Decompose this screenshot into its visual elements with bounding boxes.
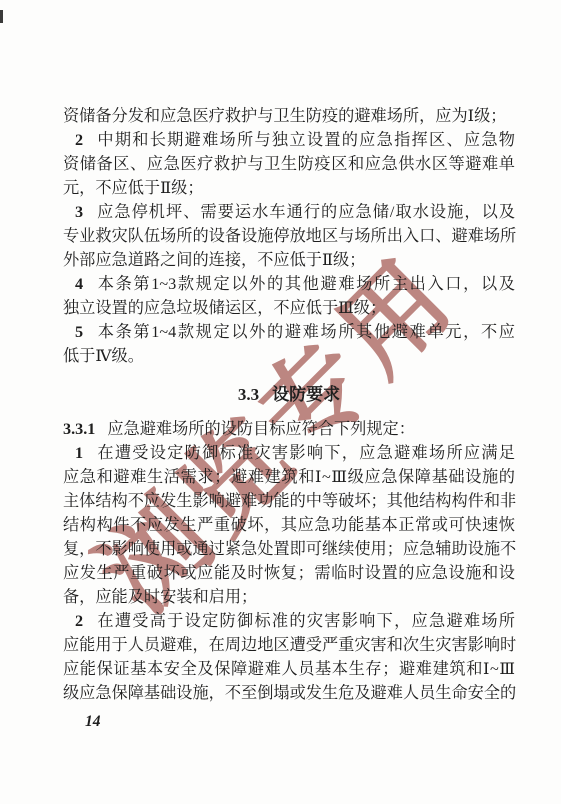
- text-line: 专业救灾队伍场所的设备设施停放地区与场所出入口、避难场所: [63, 224, 515, 248]
- clause-number: 1: [75, 444, 83, 462]
- scan-edge-artifact: [0, 10, 3, 23]
- clause-number: 5: [75, 323, 83, 341]
- line-text: 资储备区、应急医疗救护与卫生防疫区和应急供水区等避难单: [63, 155, 515, 173]
- line-text: 复，不影响使用或通过紧急处置即可继续使用；应急辅助设施不: [63, 540, 516, 558]
- section-number: 3.3: [238, 385, 259, 404]
- text-line: 2中期和长期避难场所与独立设置的应急指挥区、应急物: [63, 128, 515, 152]
- text-line: 应能保证基本安全及保障避难人员基本生存；避难建筑和Ⅰ~Ⅲ: [63, 657, 515, 681]
- text-line: 2在遭受高于设定防御标准的灾害影响下，应急避难场所: [63, 609, 515, 633]
- text-line: 5本条第1~4款规定以外的避难场所其他避难单元，不应: [63, 320, 515, 344]
- line-text: 应急停机坪、需要运水车通行的应急储/取水设施，以及: [96, 203, 515, 221]
- line-text: 应发生严重破坏或应能及时恢复；需临时设置的应急设施和设: [63, 564, 515, 582]
- line-text: 应能保证基本安全及保障避难人员基本生存；避难建筑和Ⅰ~Ⅲ: [63, 660, 515, 678]
- text-block: 资储备分发和应急医疗救护与卫生防疫的避难场所，应为Ⅰ级；2中期和长期避难场所与独…: [63, 104, 515, 733]
- line-text: 资储备分发和应急医疗救护与卫生防疫的避难场所，应为Ⅰ级；: [63, 107, 506, 125]
- text-line: 主体结构不应发生影响避难功能的中等破坏；其他结构构件和非: [63, 489, 515, 513]
- text-line: 3.3.1应急避难场所的设防目标应符合下列规定：: [63, 417, 515, 441]
- text-line: 资储备分发和应急医疗救护与卫生防疫的避难场所，应为Ⅰ级；: [63, 104, 515, 128]
- text-line: 低于Ⅳ级。: [63, 344, 515, 368]
- line-text: 应急避难场所的设防目标应符合下列规定：: [107, 420, 415, 438]
- line-text: 结构构件不应发生严重破坏，其应急功能基本正常或可快速恢: [63, 516, 515, 534]
- line-text: 主体结构不应发生影响避难功能的中等破坏；其他结构构件和非: [63, 492, 516, 510]
- text-line: 1在遭受设定防御标准灾害影响下，应急避难场所应满足: [63, 441, 515, 465]
- line-text: 在遭受设定防御标准灾害影响下，应急避难场所应满足: [96, 444, 515, 462]
- text-line: 应能用于人员避难，在周边地区遭受严重灾害和次生灾害影响时: [63, 633, 515, 657]
- line-text: 级应急保障基础设施，不至倒塌或发生危及避难人员生命安全的: [63, 684, 516, 702]
- line-text: 本条第1~4款规定以外的避难场所其他避难单元，不应: [96, 323, 515, 341]
- line-text: 本条第1~3款规定以外的其他避难场所主出入口，以及: [96, 275, 515, 293]
- line-text: 设防要求: [272, 385, 340, 404]
- section-heading: 3.3设防要求: [63, 383, 515, 407]
- text-line: 应发生严重破坏或应能及时恢复；需临时设置的应急设施和设: [63, 561, 515, 585]
- clause-number: 2: [75, 131, 83, 149]
- text-line: 独立设置的应急垃圾储运区，不应低于Ⅲ级；: [63, 296, 515, 320]
- text-line: 结构构件不应发生严重破坏，其应急功能基本正常或可快速恢: [63, 513, 515, 537]
- text-line: 复，不影响使用或通过紧急处置即可继续使用；应急辅助设施不: [63, 537, 515, 561]
- line-text: 外部应急道路之间的连接，不应低于Ⅱ级；: [63, 251, 365, 269]
- line-text: 专业救灾队伍场所的设备设施停放地区与场所出入口、避难场所: [63, 227, 516, 245]
- text-line: 应急和避难生活需求；避难建筑和Ⅰ~Ⅲ级应急保障基础设施的: [63, 465, 515, 489]
- line-text: 应能用于人员避难，在周边地区遭受严重灾害和次生灾害影响时: [63, 636, 516, 654]
- text-line: 4本条第1~3款规定以外的其他避难场所主出入口，以及: [63, 272, 515, 296]
- line-text: 低于Ⅳ级。: [63, 347, 144, 365]
- line-text: 中期和长期避难场所与独立设置的应急指挥区、应急物: [96, 131, 515, 149]
- text-line: 备，应能及时安装和启用；: [63, 585, 515, 609]
- text-line: 外部应急道路之间的连接，不应低于Ⅱ级；: [63, 248, 515, 272]
- line-text: 在遭受高于设定防御标准的灾害影响下，应急避难场所: [96, 612, 515, 630]
- clause-number: 3.3.1: [63, 420, 95, 438]
- line-text: 元，不应低于Ⅱ级；: [63, 179, 204, 197]
- text-line: 元，不应低于Ⅱ级；: [63, 176, 515, 200]
- page-number: 14: [63, 711, 515, 733]
- clause-number: 4: [75, 275, 83, 293]
- clause-number: 2: [75, 612, 83, 630]
- text-line: 资储备区、应急医疗救护与卫生防疫区和应急供水区等避难单: [63, 152, 515, 176]
- line-text: 备，应能及时安装和启用；: [63, 588, 257, 606]
- line-text: 应急和避难生活需求；避难建筑和Ⅰ~Ⅲ级应急保障基础设施的: [63, 468, 515, 486]
- text-line: 级应急保障基础设施，不至倒塌或发生危及避难人员生命安全的: [63, 681, 515, 705]
- document-page: 浏览专用 资储备分发和应急医疗救护与卫生防疫的避难场所，应为Ⅰ级；2中期和长期避…: [0, 0, 561, 804]
- text-line: 3应急停机坪、需要运水车通行的应急储/取水设施，以及: [63, 200, 515, 224]
- line-text: 独立设置的应急垃圾储运区，不应低于Ⅲ级；: [63, 299, 386, 317]
- clause-number: 3: [75, 203, 83, 221]
